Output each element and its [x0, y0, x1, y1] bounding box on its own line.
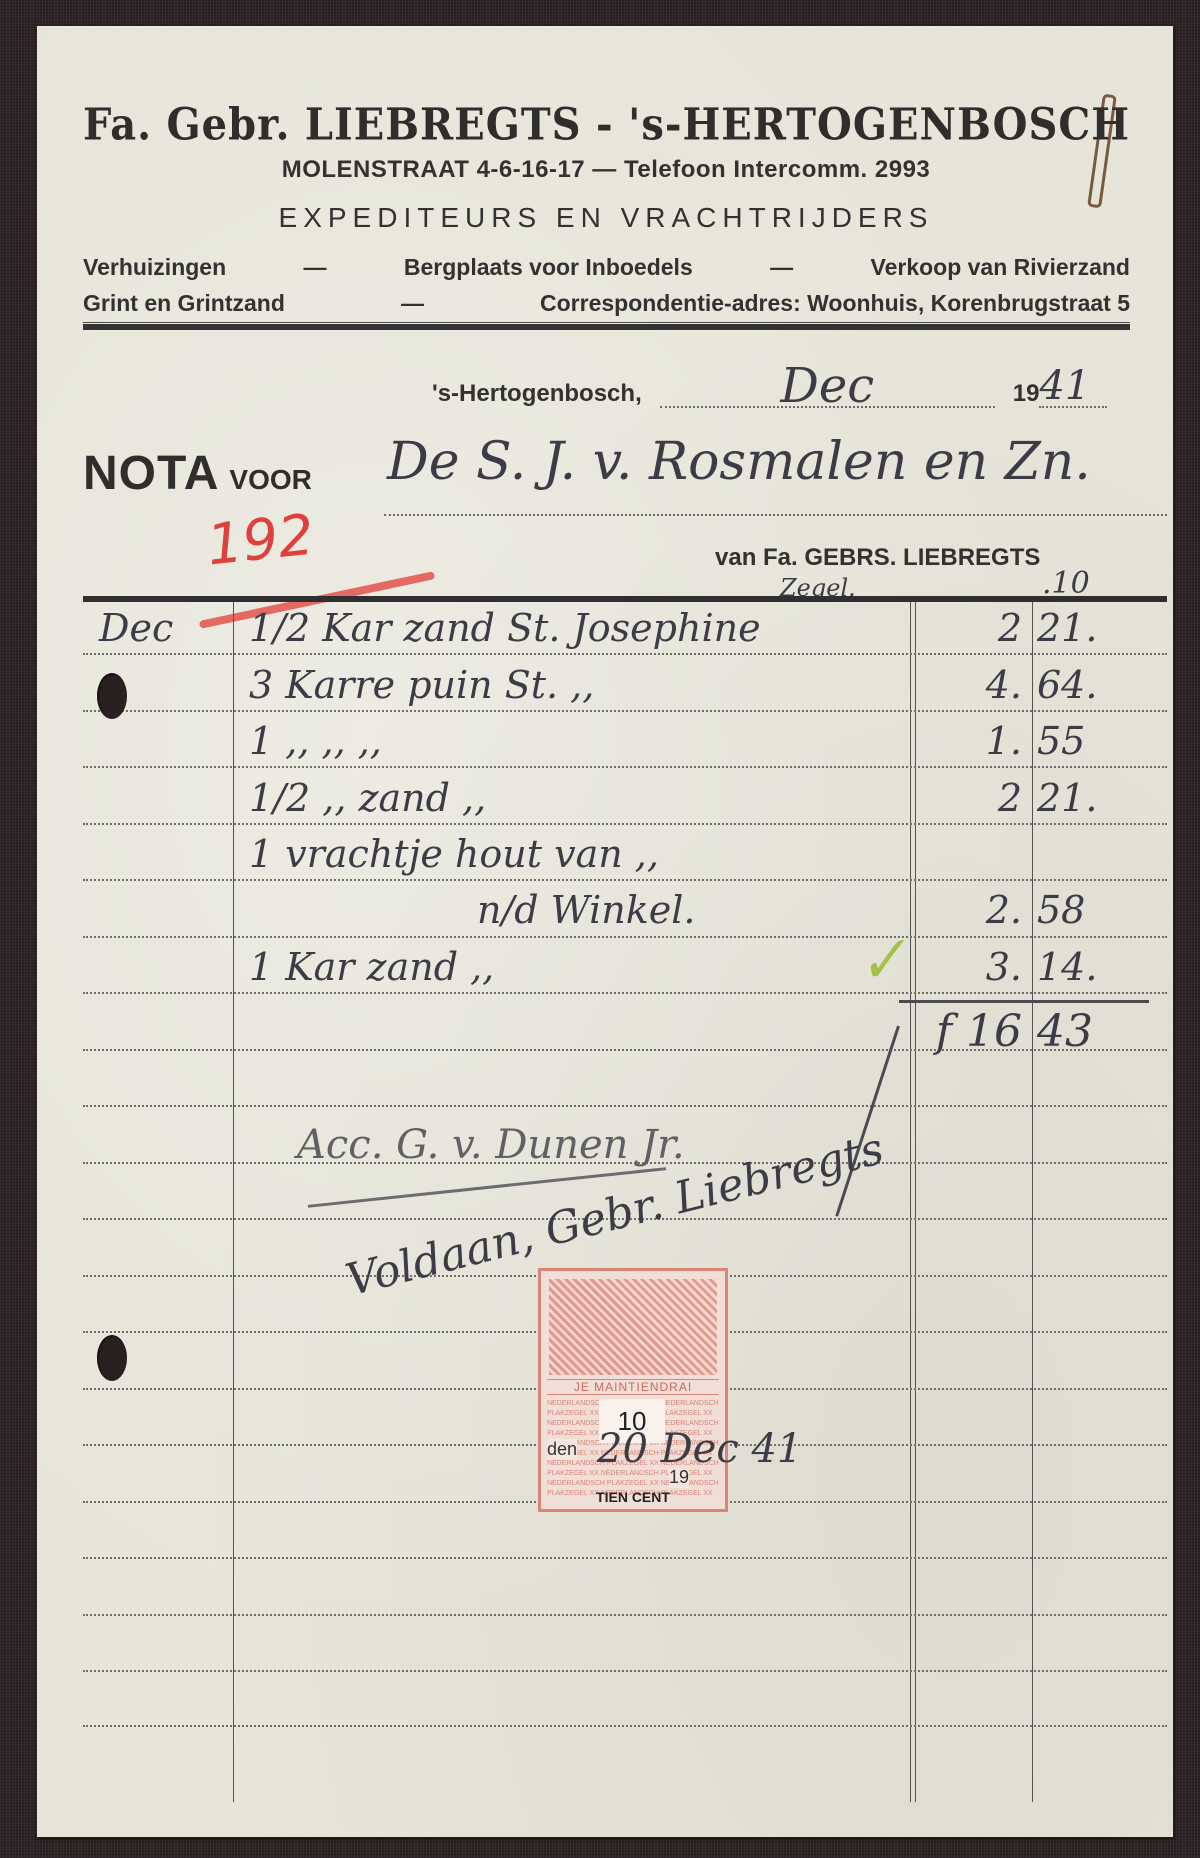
stamp-den: den: [547, 1439, 577, 1460]
item-description: 3 Karre puin St. ,,: [249, 663, 594, 707]
date-month-field: Dec: [660, 366, 995, 408]
service-text: Grint en Grintzand: [83, 290, 285, 317]
green-check-mark: ✓: [852, 923, 912, 999]
item-cents: 21.: [1037, 776, 1137, 820]
item-guilders: 2: [917, 606, 1022, 650]
stamp-motto: JE MAINTIENDRAI: [547, 1379, 719, 1395]
payment-date: 20 Dec 41: [597, 1426, 802, 1472]
acknowledgement-signature: Acc. G. v. Dunen Jr.: [297, 1122, 685, 1168]
ruled-line: [83, 936, 1167, 938]
company-surname: LIEBREGTS: [305, 98, 582, 150]
from-company: van Fa. GEBRS. LIEBREGTS: [715, 544, 1040, 572]
stamp-denomination: TIEN CENT: [541, 1489, 725, 1505]
company-dash: -: [596, 98, 614, 150]
total-flourish: [835, 1026, 900, 1217]
item-cents: 55: [1037, 719, 1137, 763]
item-cents: 64.: [1037, 663, 1137, 707]
punch-hole-bottom: [97, 1335, 127, 1381]
date-year-field: 41: [1039, 366, 1107, 408]
total-guilders: f 16: [897, 1006, 1022, 1057]
service-dash: —: [770, 254, 793, 281]
item-cents: 14.: [1037, 945, 1137, 989]
revenue-stamp: JE MAINTIENDRAI NEDERLANDSCH PLAKZEGEL X…: [538, 1268, 728, 1512]
ruled-line: [83, 992, 1167, 994]
ruled-line: [83, 1670, 1167, 1672]
company-gebr: Gebr.: [167, 98, 291, 150]
subtotal-line: [899, 1000, 1149, 1003]
item-description: 1/2 Kar zand St. Josephine: [249, 606, 761, 650]
recipient-handwritten: De S. J. v. Rosmalen en Zn.: [387, 432, 1091, 492]
service-text: Verkoop van Rivierzand: [871, 254, 1130, 281]
item-guilders: 4.: [917, 663, 1022, 707]
ruled-line: [83, 710, 1167, 712]
invoice-paper: Fa. Gebr. LIEBREGTS - 's-HERTOGENBOSCH M…: [37, 26, 1173, 1837]
item-cents: 58: [1037, 888, 1137, 932]
ruled-line: [83, 823, 1167, 825]
service-dash: —: [304, 254, 327, 281]
nota-title: NOTA: [83, 446, 219, 501]
nota-heading: NOTA VOOR: [83, 446, 312, 501]
company-services-2: Grint en Grintzand — Correspondentie-adr…: [83, 290, 1130, 317]
column-divider-amount-1: [910, 602, 911, 1802]
column-divider-amount-2: [915, 602, 916, 1802]
letterhead-rule-thin: [83, 322, 1130, 323]
date-year-prefix: 19: [1013, 380, 1040, 408]
company-name: Fa. Gebr. LIEBREGTS - 's-HERTOGENBOSCH: [83, 93, 1130, 155]
item-cents: 21.: [1037, 606, 1137, 650]
service-text: Verhuizingen: [83, 254, 226, 281]
ruled-line: [83, 879, 1167, 881]
item-guilders: 1.: [917, 719, 1022, 763]
column-divider-date: [233, 602, 234, 1802]
ruled-line: [83, 1614, 1167, 1616]
column-divider-cents: [1032, 602, 1033, 1802]
date-place: 's-Hertogenbosch,: [432, 380, 642, 408]
ruled-line: [83, 1557, 1167, 1559]
total-cents: 43: [1037, 1006, 1137, 1057]
company-prefix: Fa.: [83, 98, 152, 150]
letterhead-rule-thick: [83, 324, 1130, 330]
company-trade: EXPEDITEURS EN VRACHTRIJDERS: [195, 202, 1017, 234]
item-description: 1 vrachtje hout van ,,: [249, 832, 659, 876]
date-line: 's-Hertogenbosch, Dec 19 41: [432, 368, 1107, 408]
item-description: n/d Winkel.: [477, 888, 695, 932]
item-guilders: 2.: [917, 888, 1022, 932]
item-description: 1 Kar zand ,,: [249, 945, 494, 989]
item-description: 1/2 ,, zand ,,: [249, 776, 486, 820]
ruled-line: [83, 766, 1167, 768]
service-dash: —: [401, 290, 424, 317]
service-text: Correspondentie-adres: Woonhuis, Korenbr…: [540, 290, 1130, 317]
crest-icon: [549, 1279, 717, 1375]
punch-hole-top: [97, 673, 127, 719]
item-guilders: 2: [917, 776, 1022, 820]
ruled-line: [83, 1105, 1167, 1107]
company-city: 's-HERTOGENBOSCH: [628, 98, 1130, 150]
company-services-1: Verhuizingen — Bergplaats voor Inboedels…: [83, 254, 1130, 281]
item-description: 1 ,, ,, ,,: [249, 719, 382, 763]
recipient-field-line: [384, 514, 1167, 516]
table-header-rule: [83, 596, 1167, 602]
item-date: Dec: [99, 606, 173, 650]
ruled-line: [83, 1725, 1167, 1727]
ruled-line: [83, 653, 1167, 655]
nota-voor: VOOR: [229, 464, 311, 496]
service-text: Bergplaats voor Inboedels: [404, 254, 693, 281]
red-invoice-number: 192: [204, 503, 317, 579]
company-address: MOLENSTRAAT 4-6-16-17 — Telefoon Interco…: [195, 156, 1017, 184]
item-guilders: 3.: [917, 945, 1022, 989]
